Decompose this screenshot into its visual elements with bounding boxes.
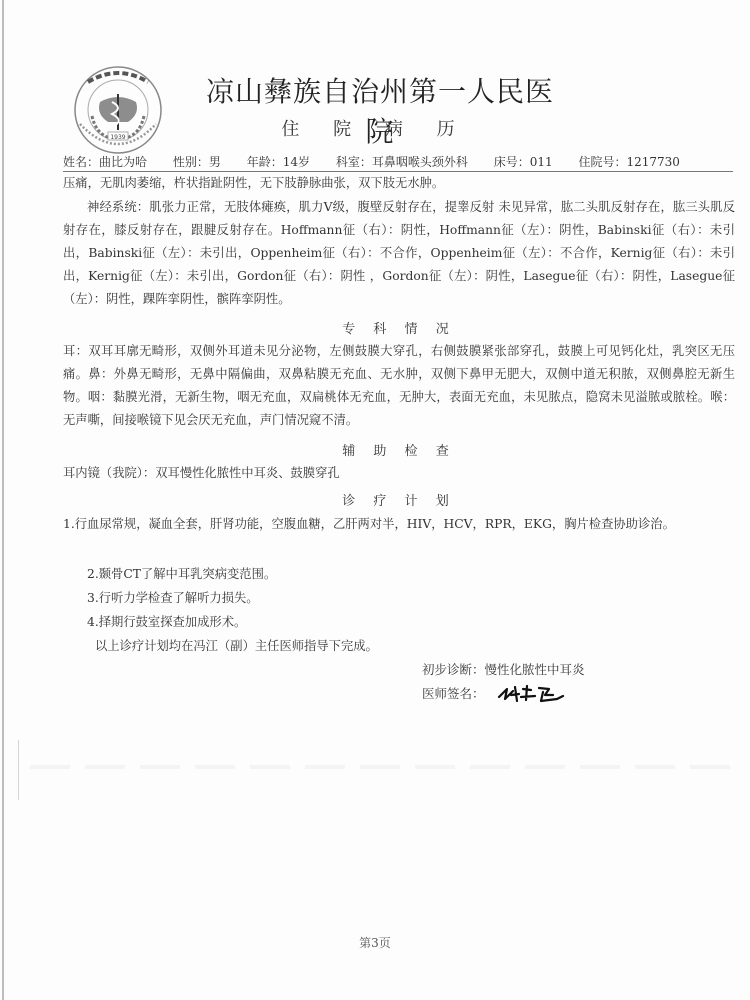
hospital-emblem-icon: 1939 xyxy=(66,64,170,156)
plan-item-3: 3.行听力学检查了解听力损失。 xyxy=(63,587,750,610)
patient-age: 14岁 xyxy=(283,155,310,169)
specialty-heading: 专 科 情 况 xyxy=(63,318,735,337)
patient-admission-no: 1217730 xyxy=(626,155,679,169)
dept-label: 科室： xyxy=(336,155,372,169)
plan-supervision: 以上诊疗计划均在冯江（副）主任医师指导下完成。 xyxy=(63,635,750,658)
handwritten-signature-icon xyxy=(497,683,567,703)
name-label: 姓名： xyxy=(63,155,99,169)
bed-label: 床号： xyxy=(494,155,530,169)
scan-edge-mark xyxy=(18,740,19,800)
neuro-exam: 神经系统：肌张力正常，无肢体瘫痪，肌力Ⅴ级，腹壁反射存在，提睾反射 未见异常，肱… xyxy=(63,196,735,311)
doctor-signature xyxy=(497,683,567,706)
scan-edge xyxy=(2,0,4,1000)
plan-item-1: 1.行血尿常规，凝血全套，肝肾功能，空腹血糖，乙肝两对半，HIV，HCV，RPR… xyxy=(63,513,735,536)
patient-dept: 耳鼻咽喉头颈外科 xyxy=(372,155,468,169)
scan-artifact xyxy=(30,765,745,769)
svg-text:1939: 1939 xyxy=(110,134,125,141)
diagnosis-label: 初步诊断： xyxy=(422,662,485,677)
patient-info-bar: 姓名：曲比为哈 性别：男 年龄：14岁 科室：耳鼻咽喉头颈外科 床号：011 住… xyxy=(63,153,733,172)
record-type-title: 住 院 病 历 xyxy=(250,115,500,141)
diagnosis-block: 初步诊断：慢性化脓性中耳炎 xyxy=(422,660,585,678)
patient-bed: 011 xyxy=(530,155,553,169)
page-number: 第3页 xyxy=(0,934,750,951)
admission-no-label: 住院号： xyxy=(578,155,626,169)
specialty-text: 耳：双耳耳廓无畸形，双侧外耳道未见分泌物，左侧鼓膜大穿孔，右侧鼓膜紧张部穿孔，鼓… xyxy=(63,340,735,432)
signature-block: 医师签名： xyxy=(422,683,567,706)
signature-label: 医师签名： xyxy=(422,686,485,701)
auxiliary-heading: 辅 助 检 查 xyxy=(63,440,735,459)
plan-item-2: 2.颞骨CT了解中耳乳突病变范围。 xyxy=(63,563,750,586)
hospital-logo: 1939 xyxy=(66,64,170,156)
age-label: 年龄： xyxy=(247,155,283,169)
auxiliary-text: 耳内镜（我院）：双耳慢性化脓性中耳炎、鼓膜穿孔 xyxy=(63,462,735,485)
patient-name: 曲比为哈 xyxy=(99,155,147,169)
plan-heading: 诊 疗 计 划 xyxy=(63,490,735,509)
diagnosis-value: 慢性化脓性中耳炎 xyxy=(485,662,585,677)
patient-sex: 男 xyxy=(209,155,221,169)
sex-label: 性别： xyxy=(173,155,209,169)
exam-continued: 压痛，无肌肉萎缩，杵状指趾阴性，无下肢静脉曲张，双下肢无水肿。 xyxy=(63,172,735,195)
plan-item-4: 4.择期行鼓室探查加成形术。 xyxy=(63,611,750,634)
